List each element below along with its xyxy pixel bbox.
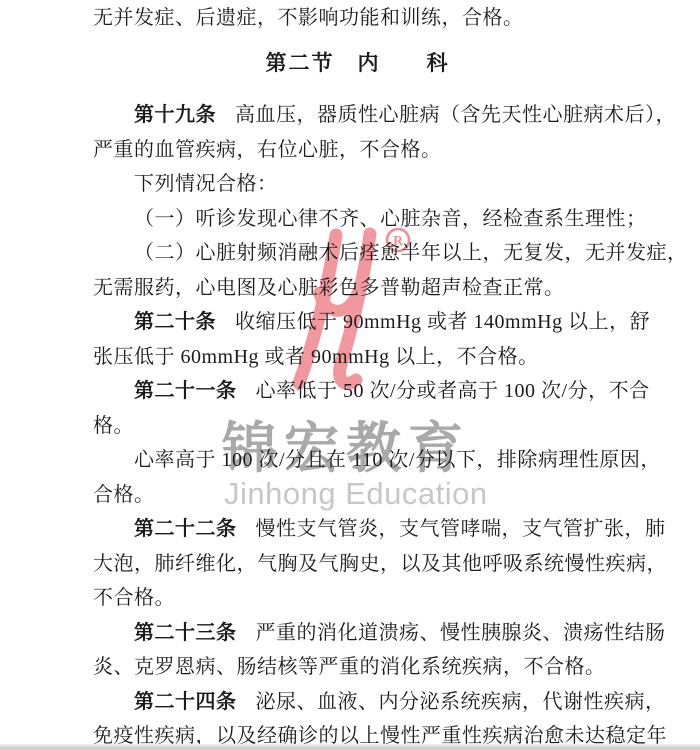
text-segment: （二）心脏射频消融术后痊愈半年以上，无复发，无并发症， <box>134 242 688 264</box>
section-heading: 第二节 内 科 <box>93 46 622 81</box>
text-line: 下列情况合格： <box>93 167 622 202</box>
text-segment: 心率低于 50 次/分或者高于 100 次/分，不合 <box>256 380 650 402</box>
text-line: 无并发症、后遗症，不影响功能和训练，合格。 <box>93 1 622 36</box>
text-segment: 收缩压低于 90mmHg 或者 140mmHg 以上，舒 <box>235 311 650 333</box>
article-number: 第二十二条 <box>134 518 237 540</box>
text-line: 严重的血管疾病，右位心脏，不合格。 <box>93 133 622 168</box>
text-segment: 合格。 <box>93 484 155 506</box>
text-line: （二）心脏射频消融术后痊愈半年以上，无复发，无并发症， <box>93 236 622 271</box>
text-segment: 炎、克罗恩病、肠结核等严重的消化系统疾病，不合格。 <box>93 656 606 678</box>
scanned-page: R 锦宏教育 Jinhong Education 无并发症、后遗症，不影响功能和… <box>0 0 700 749</box>
article-number: 第二十三条 <box>134 622 237 644</box>
text-line: 第二十四条泌尿、血液、内分泌系统疾病，代谢性疾病， <box>93 685 622 720</box>
text-segment: 严重的消化道溃疡、慢性胰腺炎、溃疡性结肠 <box>256 622 666 644</box>
text-line: 合格。 <box>93 478 622 513</box>
text-segment: 慢性支气管炎，支气管哮喘，支气管扩张，肺 <box>256 518 666 540</box>
text-line: 第二十三条严重的消化道溃疡、慢性胰腺炎、溃疡性结肠 <box>93 616 622 651</box>
article-number: 第二十一条 <box>134 380 237 402</box>
article-number: 第十九条 <box>134 104 216 126</box>
text-line: 第二十一条心率低于 50 次/分或者高于 100 次/分，不合 <box>93 374 622 409</box>
text-segment: 无需服药，心电图及心脏彩色多普勒超声检查正常。 <box>93 277 565 299</box>
document-body: 无并发症、后遗症，不影响功能和训练，合格。第二节 内 科第十九条高血压，器质性心… <box>93 1 622 749</box>
text-line: 大泡，肺纤维化，气胸及气胸史，以及其他呼吸系统慢性疾病， <box>93 547 622 582</box>
text-segment: 不合格。 <box>93 587 175 609</box>
text-segment: 大泡，肺纤维化，气胸及气胸史，以及其他呼吸系统慢性疾病， <box>93 553 667 575</box>
text-segment: 心率高于 100 次/分且在 110 次/分以下，排除病理性原因， <box>134 449 661 471</box>
text-line: 不合格。 <box>93 581 622 616</box>
text-segment: 下列情况合格： <box>134 173 278 195</box>
text-segment: （一）听诊发现心律不齐、心脏杂音，经检查系生理性； <box>134 208 647 230</box>
text-line: 张压低于 60mmHg 或者 90mmHg 以上，不合格。 <box>93 340 622 375</box>
text-line: 第二十二条慢性支气管炎，支气管哮喘，支气管扩张，肺 <box>93 512 622 547</box>
text-line: 炎、克罗恩病、肠结核等严重的消化系统疾病，不合格。 <box>93 650 622 685</box>
text-line: 无需服药，心电图及心脏彩色多普勒超声检查正常。 <box>93 271 622 306</box>
text-line: （一）听诊发现心律不齐、心脏杂音，经检查系生理性； <box>93 202 622 237</box>
article-number: 第二十条 <box>134 311 216 333</box>
text-segment: 无并发症、后遗症，不影响功能和训练，合格。 <box>93 7 524 29</box>
text-line: 第十九条高血压，器质性心脏病（含先天性心脏病术后）， <box>93 98 622 133</box>
text-segment: 高血压，器质性心脏病（含先天性心脏病术后）， <box>235 104 676 126</box>
text-segment: 格。 <box>93 415 134 437</box>
article-number: 第二十四条 <box>134 691 237 713</box>
text-line: 心率高于 100 次/分且在 110 次/分以下，排除病理性原因， <box>93 443 622 478</box>
page-bottom-edge <box>0 744 700 749</box>
text-segment: 张压低于 60mmHg 或者 90mmHg 以上，不合格。 <box>93 346 539 368</box>
text-segment: 泌尿、血液、内分泌系统疾病，代谢性疾病， <box>256 691 666 713</box>
text-line: 第二十条收缩压低于 90mmHg 或者 140mmHg 以上，舒 <box>93 305 622 340</box>
text-segment: 严重的血管疾病，右位心脏，不合格。 <box>93 139 442 161</box>
text-line: 格。 <box>93 409 622 444</box>
text-segment: 第二节 内 科 <box>266 51 450 75</box>
